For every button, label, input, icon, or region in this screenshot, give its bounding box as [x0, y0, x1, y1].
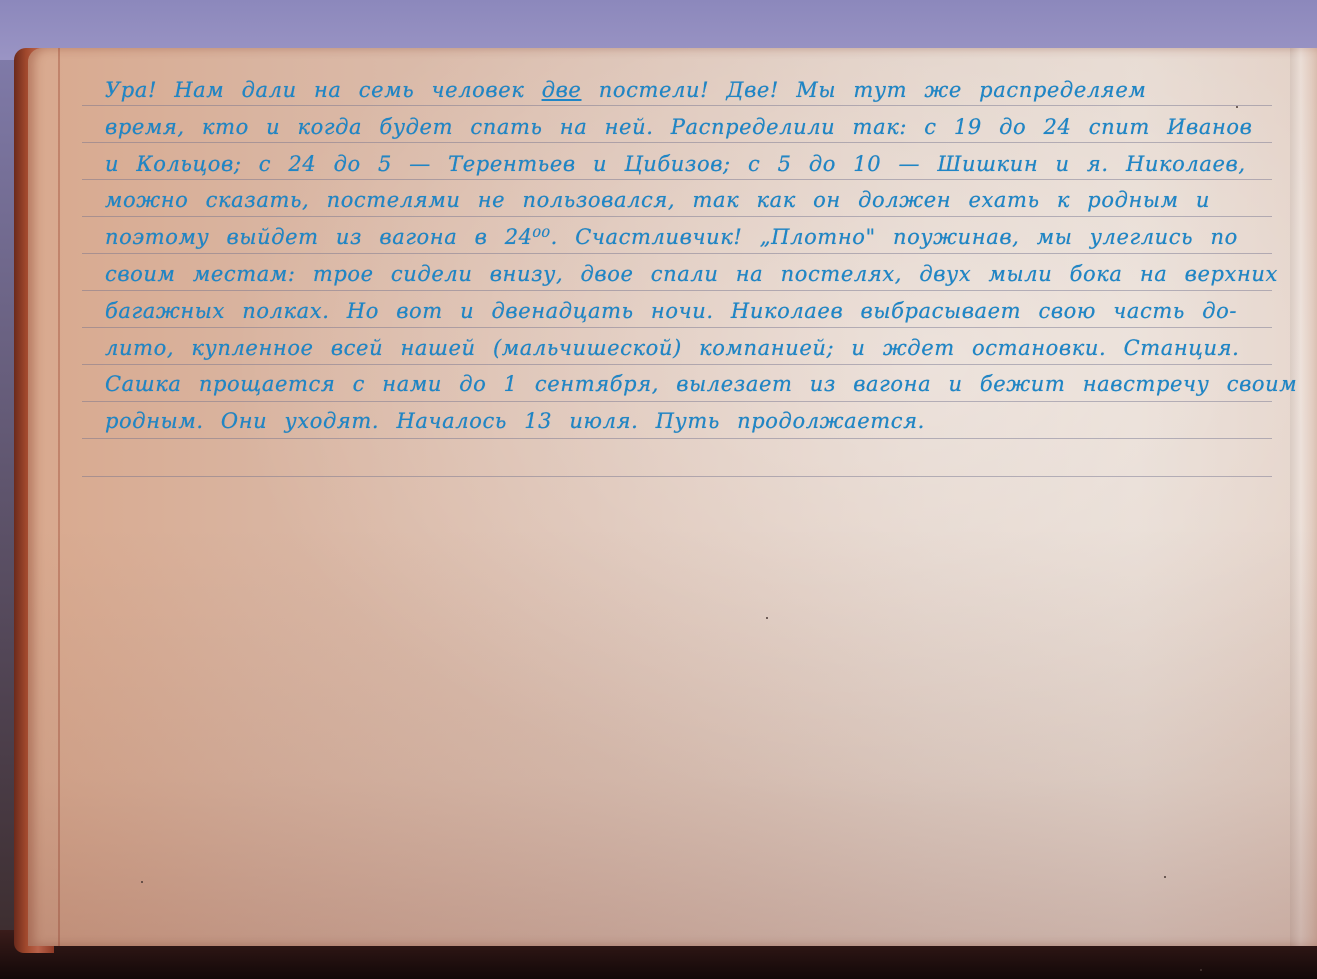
- paper-speck: [141, 881, 143, 883]
- text-line: родным. Они уходят. Началось 13 июля. Пу…: [105, 403, 1285, 440]
- paper-speck: [1164, 876, 1166, 878]
- handwritten-text: Ура! Нам дали на семь человек две постел…: [105, 72, 1285, 440]
- text-line: и Кольцов; с 24 до 5 — Терентьев и Цибиз…: [105, 146, 1285, 183]
- text-line: своим местам: трое сидели внизу, двое сп…: [105, 256, 1285, 293]
- text-line: Сашка прощается с нами до 1 сентября, вы…: [105, 366, 1285, 403]
- text-line: можно сказать, постелями не пользовался,…: [105, 182, 1285, 219]
- text-line: поэтому выйдет из вагона в 24⁰⁰. Счастли…: [105, 219, 1285, 256]
- text-line: багажных полках. Но вот и двенадцать ноч…: [105, 293, 1285, 330]
- underlined-word: две: [542, 78, 582, 102]
- paper-speck: [1200, 969, 1202, 971]
- paper-speck: [1236, 106, 1238, 108]
- page-margin: [58, 48, 60, 946]
- text-line: Ура! Нам дали на семь человек две постел…: [105, 72, 1285, 109]
- text-line: время, кто и когда будет спать на ней. Р…: [105, 109, 1285, 146]
- paper-speck: [766, 617, 768, 619]
- text-line: лито, купленное всей нашей (мальчишеской…: [105, 330, 1285, 367]
- ruled-line: [82, 476, 1272, 477]
- binding-gutter: [1290, 48, 1317, 946]
